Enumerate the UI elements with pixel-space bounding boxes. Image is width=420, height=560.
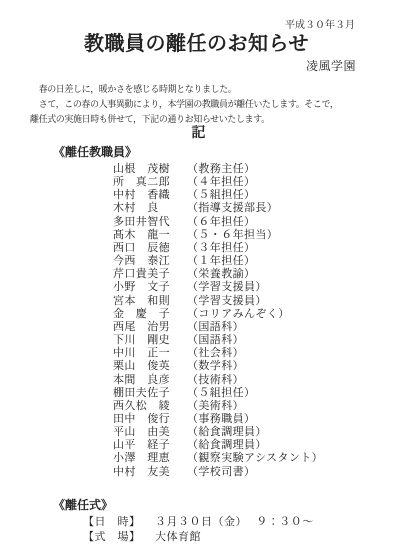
staff-row: 本間 良彦（技術科）	[113, 374, 323, 387]
staff-list: 山根 茂樹（教務主任）所 真二郎（４年担任）中村 香織（５組担任）木村 良（指導…	[113, 163, 323, 479]
staff-member-name: 山平 経子	[113, 439, 187, 452]
staff-member-role: （観察実験アシスタント）	[187, 452, 323, 464]
staff-member-role: （３年担任）	[187, 242, 255, 254]
staff-row: 田中 俊行（事務職員）	[113, 413, 323, 426]
staff-member-role: （指導支援部長）	[187, 202, 278, 214]
staff-member-name: 髙木 龍一	[113, 229, 187, 242]
staff-member-name: 栗山 俊英	[113, 360, 187, 373]
staff-member-role: （学校司書）	[187, 466, 255, 478]
staff-row: 中村 香織（５組担任）	[113, 189, 323, 202]
staff-row: 金 慶 子（コリアみんぞく）	[113, 308, 323, 321]
ceremony-row: 【日 時】３月３０日（金） ９：３０～	[83, 515, 314, 530]
staff-row: 西尾 治男（国語科）	[113, 321, 323, 334]
staff-section-heading: 《離任教職員》	[53, 146, 137, 159]
staff-member-role: （給食調理員）	[187, 426, 267, 438]
staff-member-role: （教務主任）	[187, 163, 255, 175]
staff-member-role: （国語科）	[187, 334, 244, 346]
ceremony-row-label: 【日 時】	[83, 515, 155, 530]
staff-row: 多田井智代（６年担任）	[113, 216, 323, 229]
staff-member-name: 西尾 治男	[113, 321, 187, 334]
issue-date: 平成３０年３月	[285, 21, 355, 31]
staff-row: 中川 正一（社会科）	[113, 347, 323, 360]
staff-member-name: 今西 泰江	[113, 255, 187, 268]
staff-member-name: 田中 俊行	[113, 413, 187, 426]
staff-member-role: （国語科）	[187, 321, 244, 333]
staff-member-name: 宮本 和則	[113, 295, 187, 308]
staff-member-role: （４年担任）	[187, 176, 255, 188]
notice-document: 平成３０年３月 教職員の離任のお知らせ 凌風学園 春の日差しに，暖かさを感じる時…	[0, 0, 420, 560]
ceremony-row-label: 【式 場】	[83, 530, 155, 545]
staff-member-role: （コリアみんぞく）	[187, 308, 290, 320]
staff-member-name: 木村 良	[113, 202, 187, 215]
ceremony-section-heading: 《離任式》	[53, 499, 113, 512]
staff-member-role: （６年担任）	[187, 216, 255, 228]
staff-row: 中村 友美（学校司書）	[113, 466, 323, 479]
staff-member-name: 本間 良彦	[113, 374, 187, 387]
intro-line: 離任式の実施日時も併せて，下記の通りお知らせいたします。	[30, 112, 390, 127]
staff-row: 宮本 和則（学習支援員）	[113, 295, 323, 308]
staff-row: 山根 茂樹（教務主任）	[113, 163, 323, 176]
staff-member-name: 中村 友美	[113, 466, 187, 479]
staff-row: 小澤 理恵（観察実験アシスタント）	[113, 452, 323, 465]
staff-member-role: （学習支援員）	[187, 281, 267, 293]
staff-member-role: （１年担任）	[187, 255, 255, 267]
staff-member-role: （技術科）	[187, 374, 244, 386]
staff-member-name: 中川 正一	[113, 347, 187, 360]
staff-row: 西久松 綾（美術科）	[113, 400, 323, 413]
staff-member-name: 小野 文子	[113, 281, 187, 294]
staff-member-role: （給食調理員）	[187, 439, 267, 451]
staff-row: 平山 由美（給食調理員）	[113, 426, 323, 439]
staff-row: 木村 良（指導支援部長）	[113, 202, 323, 215]
staff-member-role: （学習支援員）	[187, 295, 267, 307]
staff-member-role: （社会科）	[187, 347, 244, 359]
staff-member-name: 金 慶 子	[113, 308, 187, 321]
intro-line: 春の日差しに，暖かさを感じる時期となりました。	[30, 82, 390, 97]
staff-row: 髙木 龍一（５・６年担当）	[113, 229, 323, 242]
staff-member-name: 芹口貴美子	[113, 268, 187, 281]
staff-row: 山平 経子（給食調理員）	[113, 439, 323, 452]
staff-member-name: 下川 剛史	[113, 334, 187, 347]
staff-member-role: （５組担任）	[187, 189, 255, 201]
staff-row: 栗山 俊英（数学科）	[113, 360, 323, 373]
school-name: 凌風学園	[306, 60, 356, 73]
staff-row: 西口 辰徳（３年担任）	[113, 242, 323, 255]
intro-paragraph: 春の日差しに，暖かさを感じる時期となりました。 さて，この春の人事異動により，本…	[30, 82, 390, 127]
staff-member-name: 棚田夫佐子	[113, 387, 187, 400]
ceremony-details: 【日 時】３月３０日（金） ９：３０～【式 場】大体育館	[83, 515, 314, 545]
staff-row: 下川 剛史（国語科）	[113, 334, 323, 347]
staff-member-name: 中村 香織	[113, 189, 187, 202]
staff-member-name: 西久松 綾	[113, 400, 187, 413]
record-mark: 記	[0, 126, 397, 143]
staff-member-name: 山根 茂樹	[113, 163, 187, 176]
staff-member-role: （事務職員）	[187, 413, 255, 425]
staff-member-role: （５組担任）	[187, 387, 255, 399]
ceremony-row-value: 大体育館	[155, 531, 201, 543]
ceremony-row: 【式 場】大体育館	[83, 530, 314, 545]
page-title: 教職員の離任のお知らせ	[0, 33, 393, 55]
staff-row: 芹口貴美子（栄養教諭）	[113, 268, 323, 281]
staff-member-name: 西口 辰徳	[113, 242, 187, 255]
staff-member-name: 所 真二郎	[113, 176, 187, 189]
staff-member-name: 小澤 理恵	[113, 452, 187, 465]
staff-member-name: 多田井智代	[113, 216, 187, 229]
staff-member-role: （数学科）	[187, 360, 244, 372]
ceremony-row-value: ３月３０日（金） ９：３０～	[155, 516, 314, 528]
staff-row: 棚田夫佐子（５組担任）	[113, 387, 323, 400]
staff-row: 小野 文子（学習支援員）	[113, 281, 323, 294]
staff-member-role: （５・６年担当）	[187, 229, 278, 241]
staff-member-name: 平山 由美	[113, 426, 187, 439]
staff-member-role: （栄養教諭）	[187, 268, 255, 280]
staff-member-role: （美術科）	[187, 400, 244, 412]
staff-row: 所 真二郎（４年担任）	[113, 176, 323, 189]
staff-row: 今西 泰江（１年担任）	[113, 255, 323, 268]
intro-line: さて，この春の人事異動により，本学園の教職員が離任いたします。そこで，	[30, 97, 390, 112]
